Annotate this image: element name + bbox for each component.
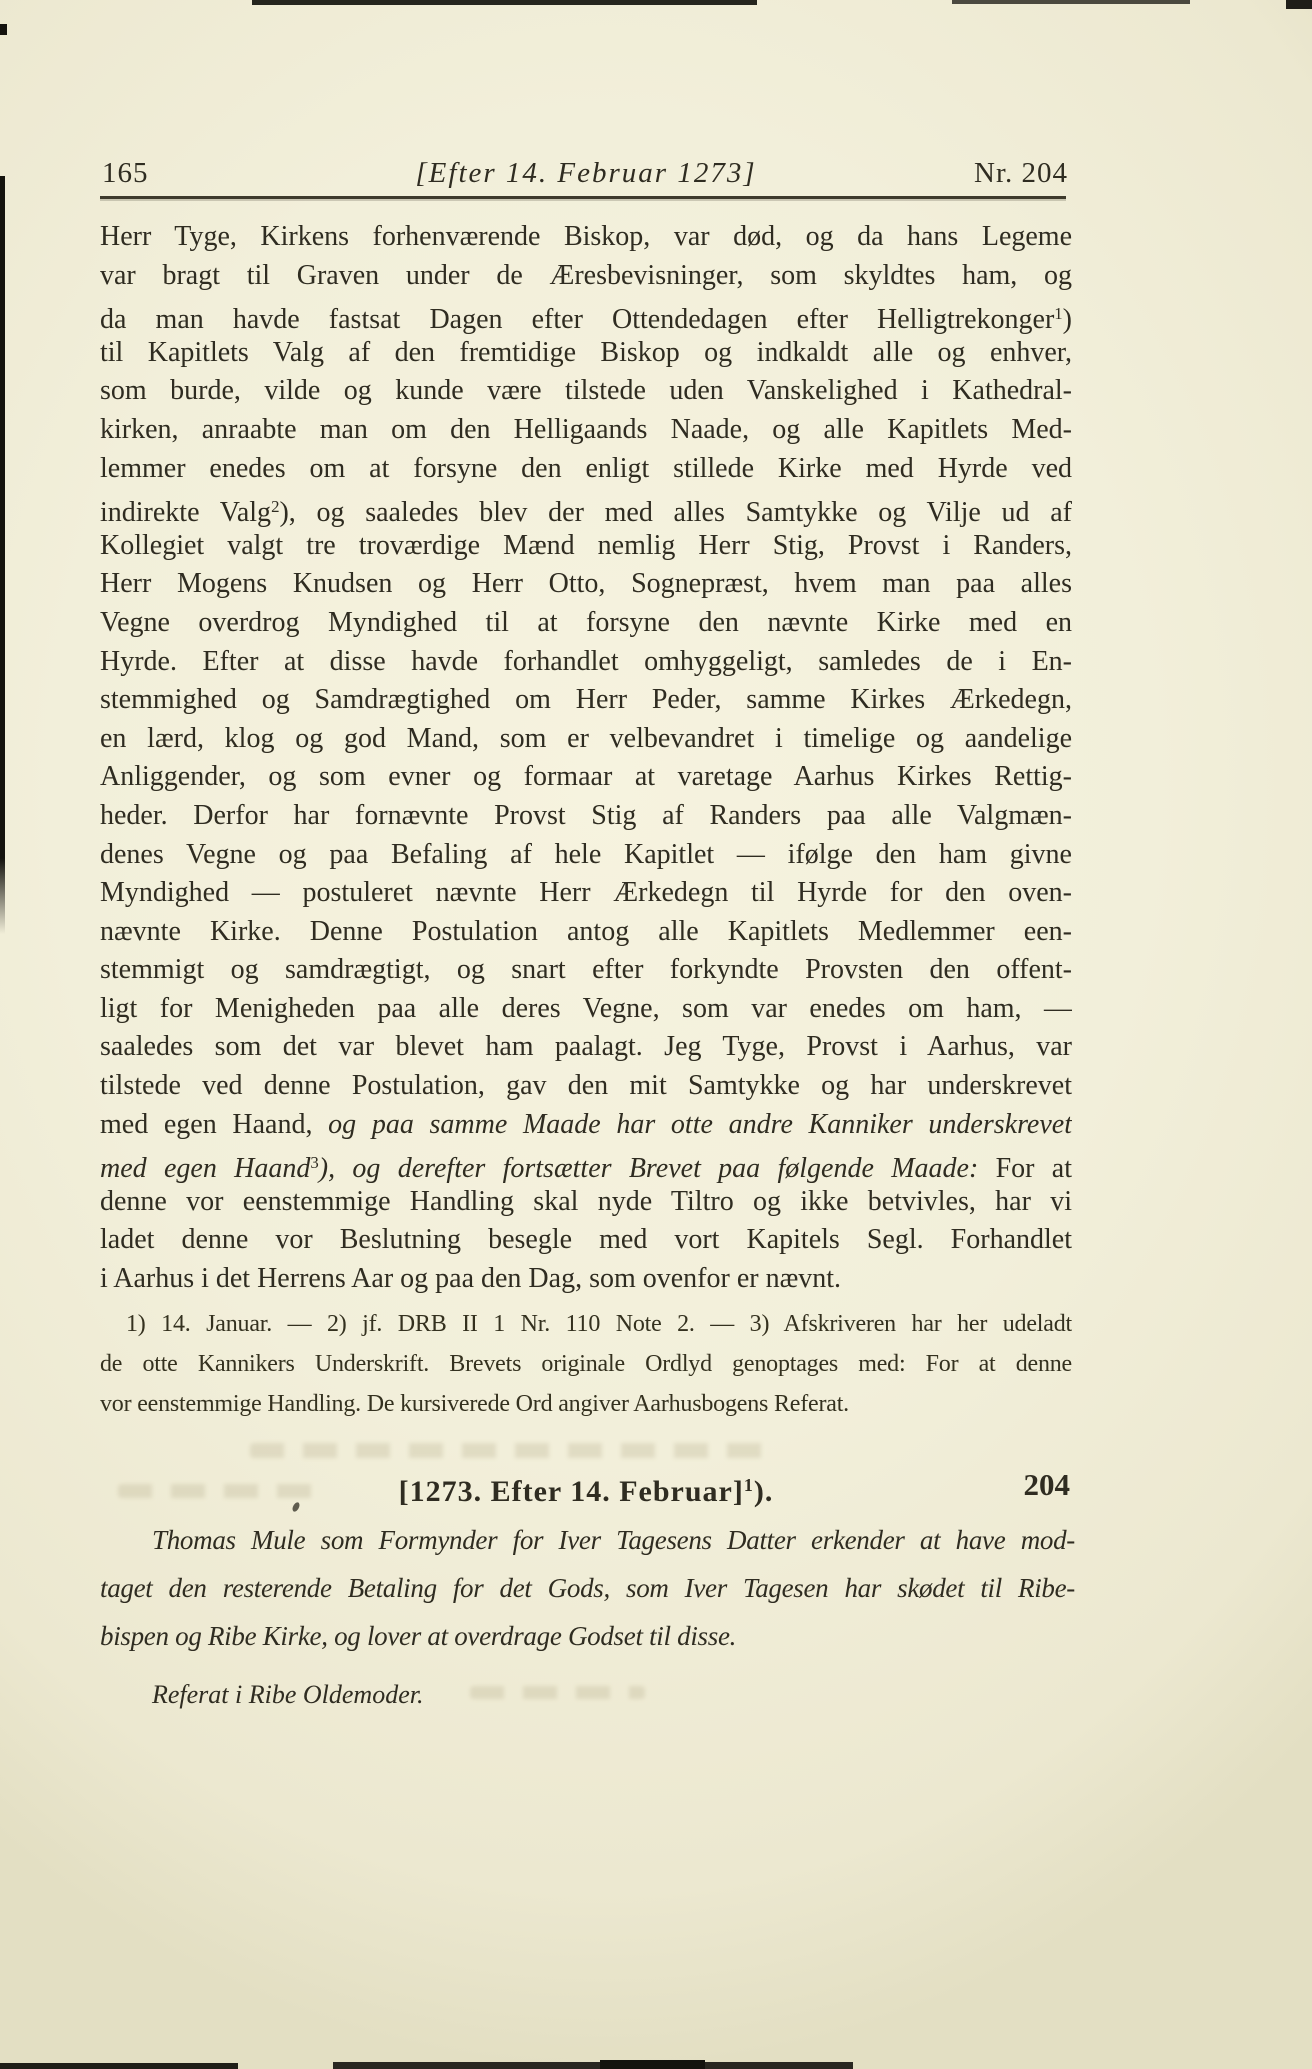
text-line: Vegne overdrog Myndighed til at forsyne … xyxy=(100,604,1072,643)
entry-204-heading-title: [1273. Efter 14. Februar]1). xyxy=(100,1462,1072,1508)
text-line: ligt for Menigheden paa alle deres Vegne… xyxy=(100,990,1072,1029)
text-line: saaledes som det var blevet ham paalagt.… xyxy=(100,1028,1072,1067)
running-title: [Efter 14. Februar 1273] xyxy=(100,157,1072,190)
text-line: denes Vegne og paa Befaling af hele Kapi… xyxy=(100,836,1072,875)
text-line: Anliggender, og som evner og formaar at … xyxy=(100,758,1072,797)
footnotes: 1) 14. Januar. — 2) jf. DRB II 1 Nr. 110… xyxy=(100,1304,1072,1424)
text-line: med egen Haand3), og derefter fortsætter… xyxy=(100,1144,1072,1183)
header-rule xyxy=(100,196,1066,199)
text-line: Thomas Mule som Formynder for Iver Tages… xyxy=(100,1516,1075,1564)
text-line: 1) 14. Januar. — 2) jf. DRB II 1 Nr. 110… xyxy=(100,1304,1072,1344)
text-line: en lærd, klog og god Mand, som er velbev… xyxy=(100,720,1072,759)
scan-edge-artifact-top xyxy=(952,0,1190,4)
text-line: med egen Haand, og paa samme Maade har o… xyxy=(100,1106,1072,1145)
text-line: som burde, vilde og kunde være tilstede … xyxy=(100,372,1072,411)
scan-edge-artifact-bottom xyxy=(0,2063,238,2069)
text-line: stemmighed og Samdrægtighed om Herr Pede… xyxy=(100,681,1072,720)
text-line: Kollegiet valgt tre troværdige Mænd neml… xyxy=(100,527,1072,566)
running-head: 165 [Efter 14. Februar 1273] Nr. 204 xyxy=(100,157,1072,199)
text-line: heder. Derfor har fornævnte Provst Stig … xyxy=(100,797,1072,836)
scan-edge-artifact-top-right xyxy=(1286,0,1312,9)
scan-edge-artifact-left xyxy=(0,176,5,934)
scan-edge-artifact-left xyxy=(0,24,7,35)
text-line: bispen og Ribe Kirke, og lover at overdr… xyxy=(100,1612,1075,1660)
text-line: [1273. Efter 14. Februar]1). xyxy=(100,1462,1072,1508)
text-line: ladet denne vor Beslutning besegle med v… xyxy=(100,1221,1072,1260)
text-line: Herr Tyge, Kirkens forhenværende Biskop,… xyxy=(100,218,1072,257)
scan-edge-artifact-bottom xyxy=(600,2060,705,2069)
entry-number-label: Nr. 204 xyxy=(974,157,1068,190)
entry-204-heading: [1273. Efter 14. Februar]1). 204 xyxy=(100,1462,1072,1508)
text-line: stemmigt og samdrægtigt, og snart efter … xyxy=(100,951,1072,990)
text-line: indirekte Valg2), og saaledes blev der m… xyxy=(100,488,1072,527)
text-line: i Aarhus i det Herrens Aar og paa den Da… xyxy=(100,1260,1072,1299)
bleed-through-artifact xyxy=(250,1443,775,1458)
text-line: de otte Kannikers Underskrift. Brevets o… xyxy=(100,1344,1072,1384)
text-line: tilstede ved denne Postulation, gav den … xyxy=(100,1067,1072,1106)
scan-edge-artifact-top xyxy=(252,0,757,5)
text-line: kirken, anraabte man om den Helligaands … xyxy=(100,411,1072,450)
text-line: da man havde fastsat Dagen efter Ottende… xyxy=(100,295,1072,334)
text-line: lemmer enedes om at forsyne den enligt s… xyxy=(100,450,1072,489)
source-note: Referat i Ribe Oldemoder. xyxy=(152,1678,424,1712)
text-line: var bragt til Graven under de Æresbevisn… xyxy=(100,257,1072,296)
entry-204-summary: Thomas Mule som Formynder for Iver Tages… xyxy=(100,1516,1075,1660)
entry-body-text: Herr Tyge, Kirkens forhenværende Biskop,… xyxy=(100,218,1072,1299)
text-line: Herr Mogens Knudsen og Herr Otto, Sognep… xyxy=(100,565,1072,604)
entry-204-number: 204 xyxy=(1024,1462,1071,1508)
text-line: taget den resterende Betaling for det Go… xyxy=(100,1564,1075,1612)
scan-edge-artifact-bottom xyxy=(333,2062,853,2069)
scanned-book-page: 165 [Efter 14. Februar 1273] Nr. 204 Her… xyxy=(0,0,1312,2069)
bleed-through-artifact xyxy=(470,1686,645,1699)
text-line: nævnte Kirke. Denne Postulation antog al… xyxy=(100,913,1072,952)
text-line: denne vor eenstemmige Handling skal nyde… xyxy=(100,1183,1072,1222)
text-line: Myndighed — postuleret nævnte Herr Ærked… xyxy=(100,874,1072,913)
text-line: vor eenstemmige Handling. De kursiverede… xyxy=(100,1384,1072,1424)
text-line: Hyrde. Efter at disse havde forhandlet o… xyxy=(100,643,1072,682)
text-line: til Kapitlets Valg af den fremtidige Bis… xyxy=(100,334,1072,373)
